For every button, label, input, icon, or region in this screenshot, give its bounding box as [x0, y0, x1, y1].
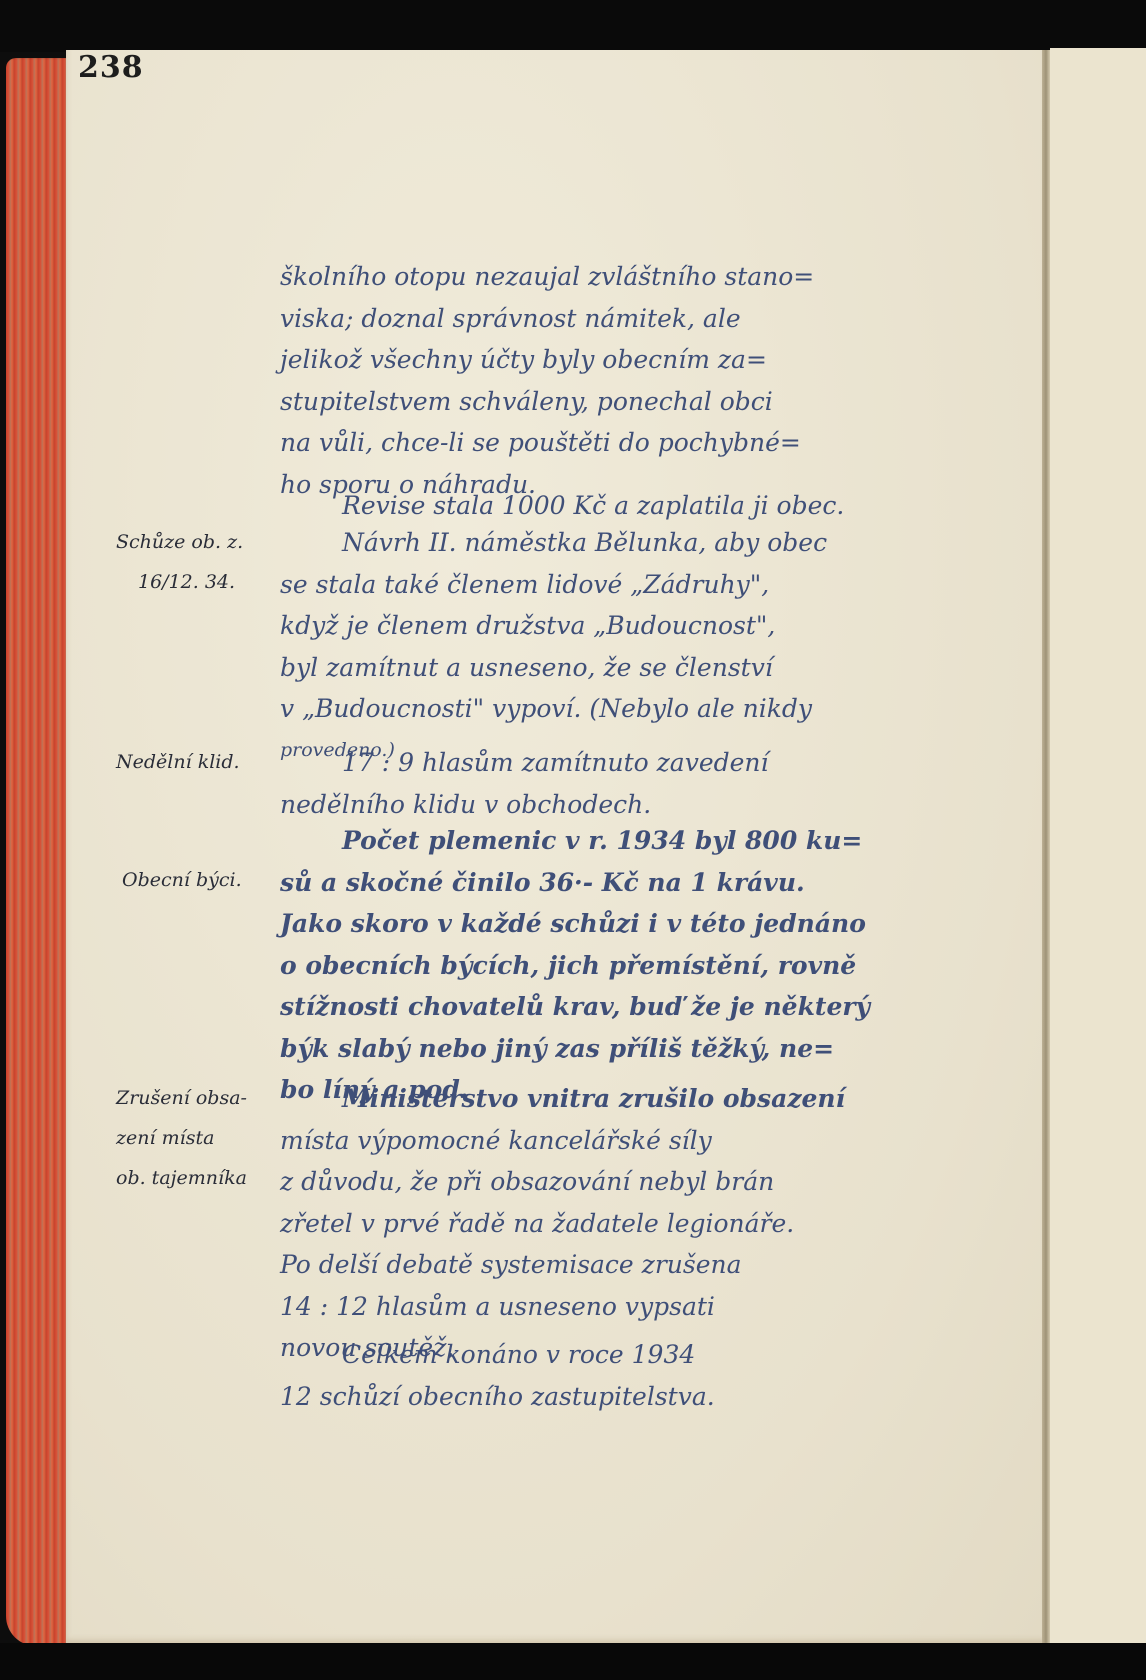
margin-line: zení místa: [116, 1118, 247, 1158]
text-line: sů a skočné činilo 36·- Kč na 1 krávu.: [280, 862, 920, 904]
margin-line: 16/12. 34.: [116, 562, 243, 602]
margin-note-municipal-bulls: Obecní býci.: [122, 860, 242, 900]
text-line: 17 : 9 hlasům zamítnuto zavedení: [280, 742, 920, 784]
margin-line: Obecní býci.: [122, 860, 242, 900]
text-line: Ministerstvo vnitra zrušilo obsazení: [280, 1078, 920, 1120]
text-line: místa výpomocné kancelářské síly: [280, 1120, 920, 1162]
margin-line: Schůze ob. z.: [116, 522, 243, 562]
book-gutter: [1042, 50, 1050, 1646]
paragraph-revision-cost: Revise stala 1000 Kč a zaplatila ji obec…: [280, 485, 920, 527]
text-line: z důvodu, že při obsazování nebyl brán: [280, 1161, 920, 1203]
paragraph-municipal-bulls: Počet plemenic v r. 1934 byl 800 ku= sů …: [280, 820, 920, 1111]
text-line: se stala také členem lidové „Zádruhy",: [280, 564, 920, 606]
margin-note-secretary-post: Zrušení obsa- zení místa ob. tajemníka: [116, 1078, 247, 1198]
text-line: jelikož všechny účty byly obecním za=: [280, 339, 920, 381]
text-line: v „Budoucnosti" vypoví. (Nebylo ale nikd…: [280, 688, 920, 730]
paragraph-heating-dispute: školního otopu nezaujal zvláštního stano…: [280, 256, 920, 505]
text-line: stupitelstvem schváleny, ponechal obci: [280, 381, 920, 423]
text-line: 12 schůzí obecního zastupitelstva.: [280, 1376, 920, 1418]
text-line: Jako skoro v každé schůzi i v této jedná…: [280, 903, 920, 945]
text-line: byl zamítnut a usneseno, že se členství: [280, 647, 920, 689]
text-line: Návrh II. náměstka Bělunka, aby obec: [280, 522, 920, 564]
paragraph-secretary-post: Ministerstvo vnitra zrušilo obsazení mís…: [280, 1078, 920, 1369]
text-line: Počet plemenic v r. 1934 byl 800 ku=: [280, 820, 920, 862]
text-line: nedělního klidu v obchodech.: [280, 784, 920, 826]
page-number: 238: [78, 50, 144, 85]
text-line: stížnosti chovatelů krav, buď že je někt…: [280, 986, 920, 1028]
text-line: Celkem konáno v roce 1934: [280, 1334, 920, 1376]
text-line: o obecních býcích, jich přemístění, rovn…: [280, 945, 920, 987]
text-line: školního otopu nezaujal zvláštního stano…: [280, 256, 920, 298]
facing-page-edge: [1050, 48, 1146, 1646]
text-line: Po delší debatě systemisace zrušena: [280, 1244, 920, 1286]
margin-note-sunday-rest: Nedělní klid.: [116, 742, 240, 782]
book-page-edges: [6, 58, 72, 1646]
paragraph-meeting-summary: Celkem konáno v roce 1934 12 schůzí obec…: [280, 1334, 920, 1417]
margin-line: Nedělní klid.: [116, 742, 240, 782]
dark-background-bottom: [0, 1643, 1146, 1680]
margin-line: Zrušení obsa-: [116, 1078, 247, 1118]
text-line: 14 : 12 hlasům a usneseno vypsati: [280, 1286, 920, 1328]
margin-note-meeting-date: Schůze ob. z. 16/12. 34.: [116, 522, 243, 602]
dark-background-top: [0, 0, 1146, 52]
text-line: zřetel v prvé řadě na žadatele legionáře…: [280, 1203, 920, 1245]
text-line: býk slabý nebo jiný zas příliš těžký, ne…: [280, 1028, 920, 1070]
text-line: viska; doznal správnost námitek, ale: [280, 298, 920, 340]
margin-line: ob. tajemníka: [116, 1158, 247, 1198]
paragraph-cooperative-membership: Návrh II. náměstka Bělunka, aby obec se …: [280, 522, 920, 771]
text-line: když je členem družstva „Budoucnost",: [280, 605, 920, 647]
text-line: Revise stala 1000 Kč a zaplatila ji obec…: [280, 485, 920, 527]
text-line: na vůli, chce-li se pouštěti do pochybné…: [280, 422, 920, 464]
paragraph-sunday-rest: 17 : 9 hlasům zamítnuto zavedení nedělní…: [280, 742, 920, 825]
